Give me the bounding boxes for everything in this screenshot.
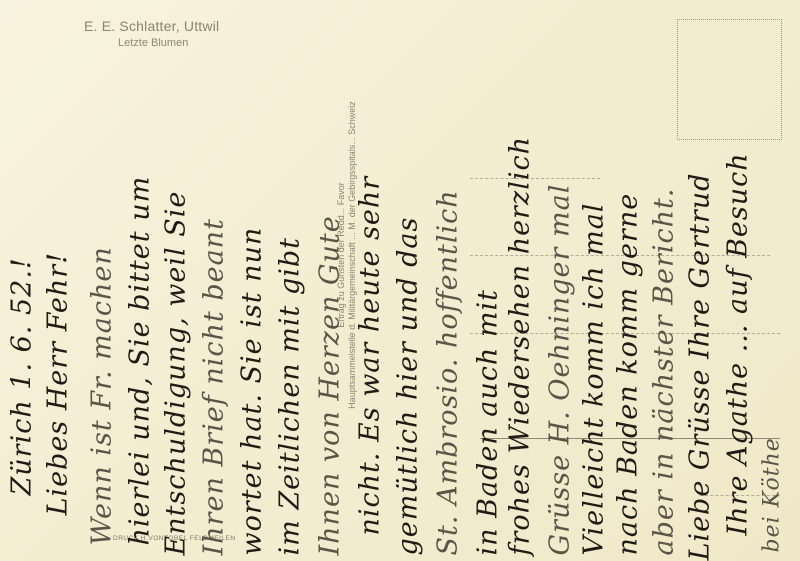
handwritten-line: in Baden auch mit <box>473 289 504 555</box>
handwritten-line: aber in nächster Bericht. <box>649 188 680 556</box>
publisher-imprint: E. E. Schlatter, Uttwil <box>84 18 219 34</box>
handwritten-line: Ihnen von Herzen Gute <box>315 215 346 555</box>
stamp-box <box>677 19 782 140</box>
handwritten-line: frohes Wiedersehen herzlich <box>505 136 536 555</box>
handwritten-line: nach Baden komm gerne <box>613 193 644 556</box>
handwritten-line: Entschuldigung, weil Sie <box>161 191 192 556</box>
postcard-back: E. E. Schlatter, Uttwil Letzte Blumen DR… <box>0 0 800 561</box>
handwritten-line: nicht. Es war heute sehr <box>355 176 386 536</box>
card-title: Letzte Blumen <box>118 37 188 49</box>
handwritten-line: im Zeitlichen mit gibt <box>275 237 306 556</box>
handwritten-line: hierlei und, Sie bittet um <box>125 176 156 546</box>
handwritten-line: Ihren Brief nicht beant <box>199 218 230 555</box>
handwritten-line: St. Ambrosio. hoffentlich <box>433 189 464 555</box>
handwritten-line: Ihre Agathe ... auf Besuch <box>723 152 754 535</box>
handwritten-line: Zürich 1. 6. 52.! <box>7 257 38 495</box>
handwritten-line: wortet hat. Sie ist nun <box>237 227 268 556</box>
handwritten-line: bei Köthe <box>760 437 785 552</box>
handwritten-line: Grüsse H. Oehninger mal <box>545 184 576 556</box>
handwritten-line: Wenn ist Fr. machen <box>87 246 118 545</box>
handwritten-line: Vielleicht komm ich mal <box>579 203 610 556</box>
handwritten-line: gemütlich hier und das <box>393 217 424 556</box>
handwritten-line: Liebe Grüsse Ihre Gertrud <box>685 173 716 561</box>
handwritten-line: Liebes Herr Fehr! <box>43 252 74 516</box>
